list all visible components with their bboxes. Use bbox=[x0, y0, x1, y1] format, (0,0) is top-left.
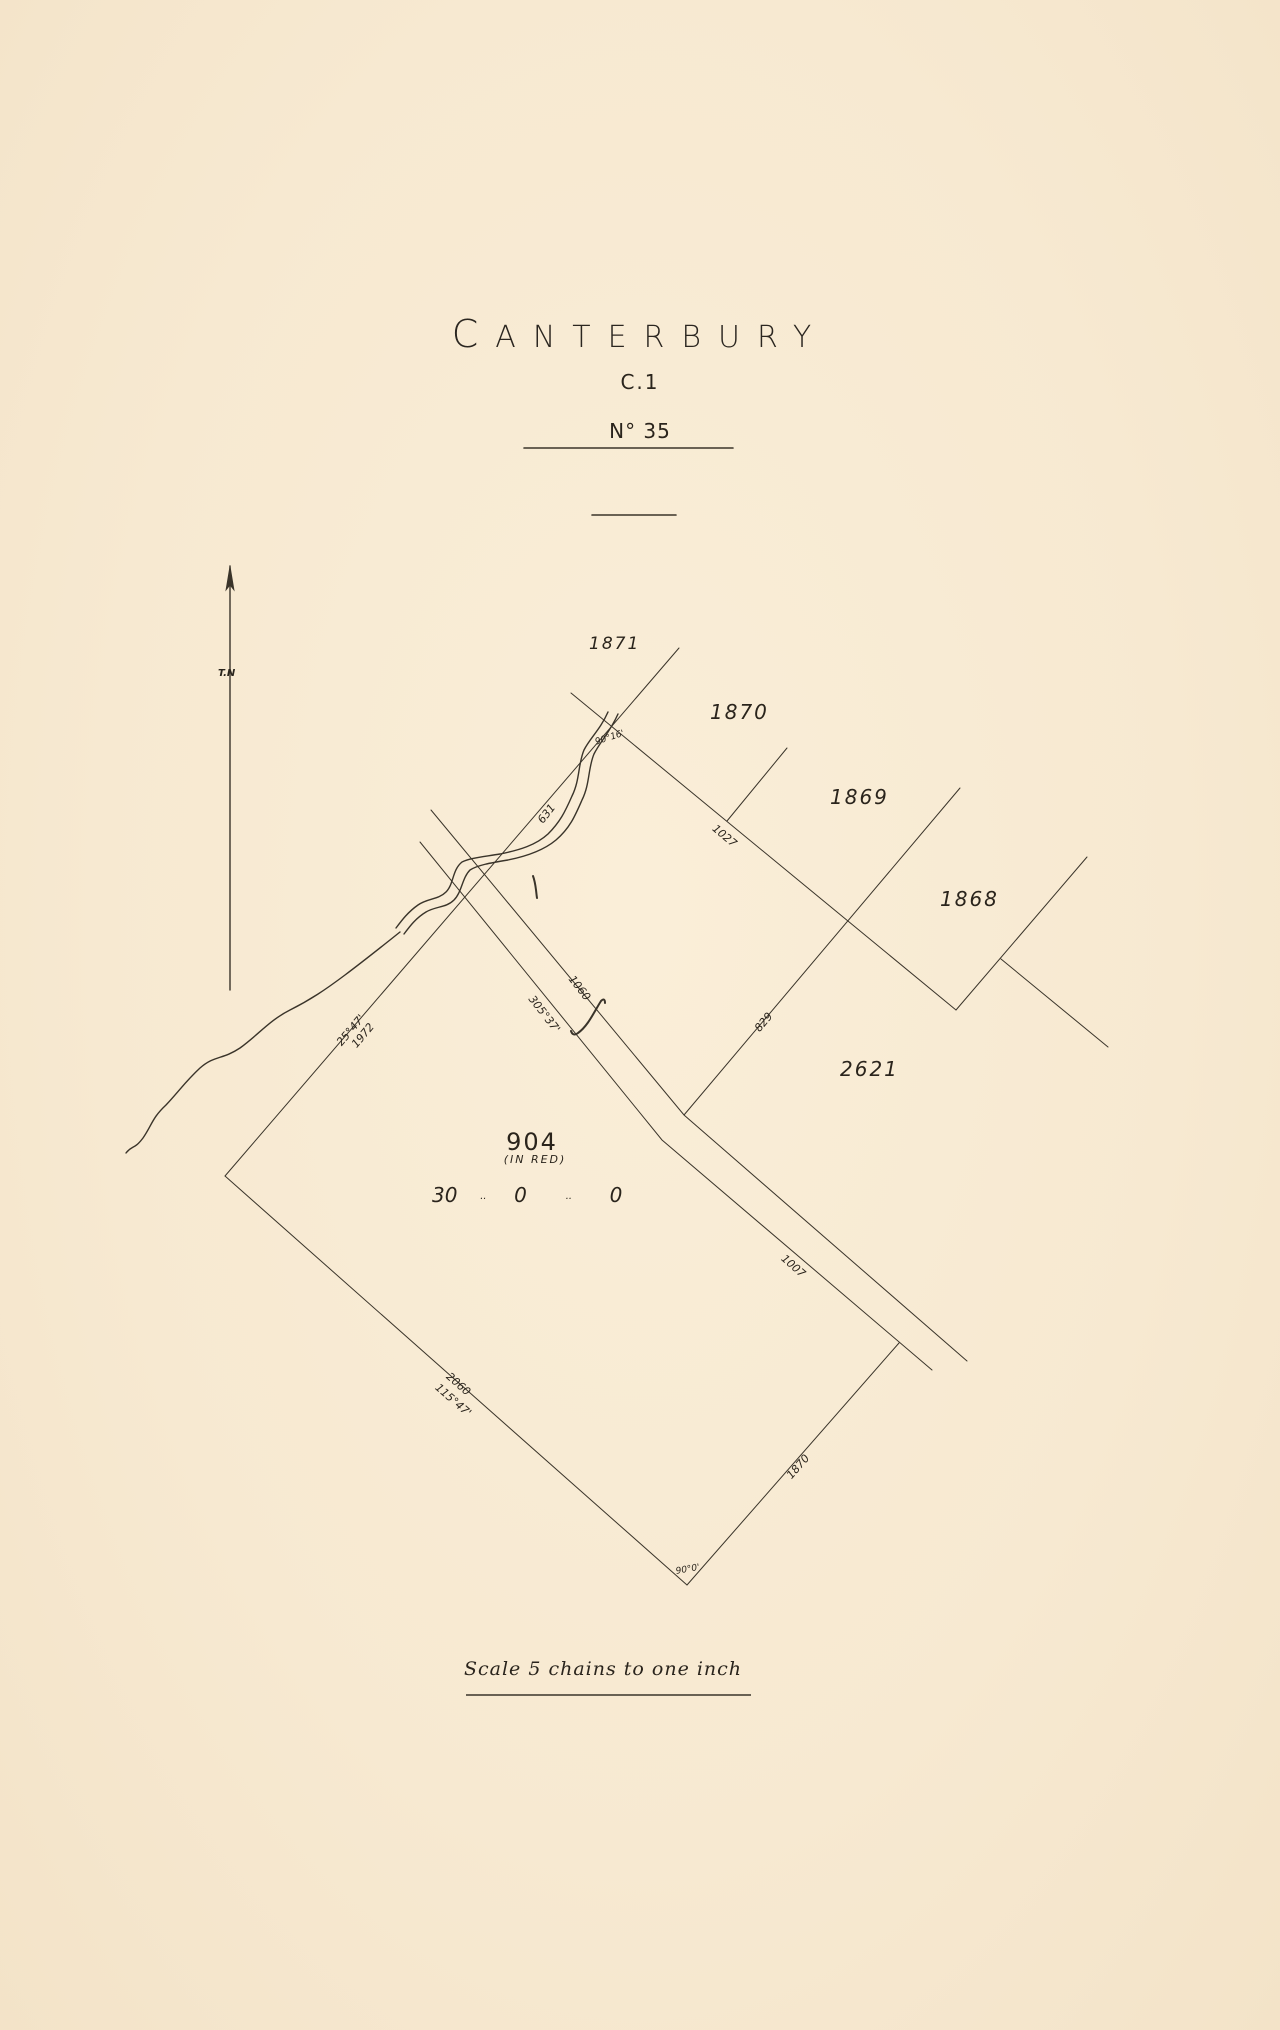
true-north-label: T.N bbox=[218, 668, 235, 679]
area-separator: ·· bbox=[533, 1194, 603, 1205]
main-lot-note: (IN RED) bbox=[490, 1153, 580, 1166]
main-lot-number: 904 bbox=[492, 1128, 572, 1156]
lot-label-1868: 1868 bbox=[940, 887, 999, 911]
stream bbox=[126, 712, 618, 1153]
survey-plan-linework bbox=[0, 0, 1280, 2030]
area-separator: ·· bbox=[464, 1194, 502, 1205]
north-arrow-icon bbox=[226, 566, 234, 990]
document-title: CANTERBURY bbox=[0, 312, 1280, 356]
area-roods: 0 bbox=[514, 1183, 527, 1207]
lot-boundaries bbox=[225, 648, 1108, 1585]
district-code: C.1 bbox=[0, 370, 1280, 394]
main-lot-area: 30 ·· 0 ·· 0 bbox=[432, 1183, 622, 1207]
lot-label-2621: 2621 bbox=[840, 1057, 899, 1081]
scale-label: Scale 5 chains to one inch bbox=[464, 1658, 742, 1680]
lot-label-1869: 1869 bbox=[830, 785, 889, 809]
plan-number: N° 35 bbox=[0, 419, 1280, 443]
lot-label-1870: 1870 bbox=[710, 700, 769, 724]
lot-label-1871: 1871 bbox=[589, 634, 640, 654]
area-perches: 0 bbox=[610, 1183, 623, 1207]
area-acres: 30 bbox=[432, 1183, 457, 1207]
